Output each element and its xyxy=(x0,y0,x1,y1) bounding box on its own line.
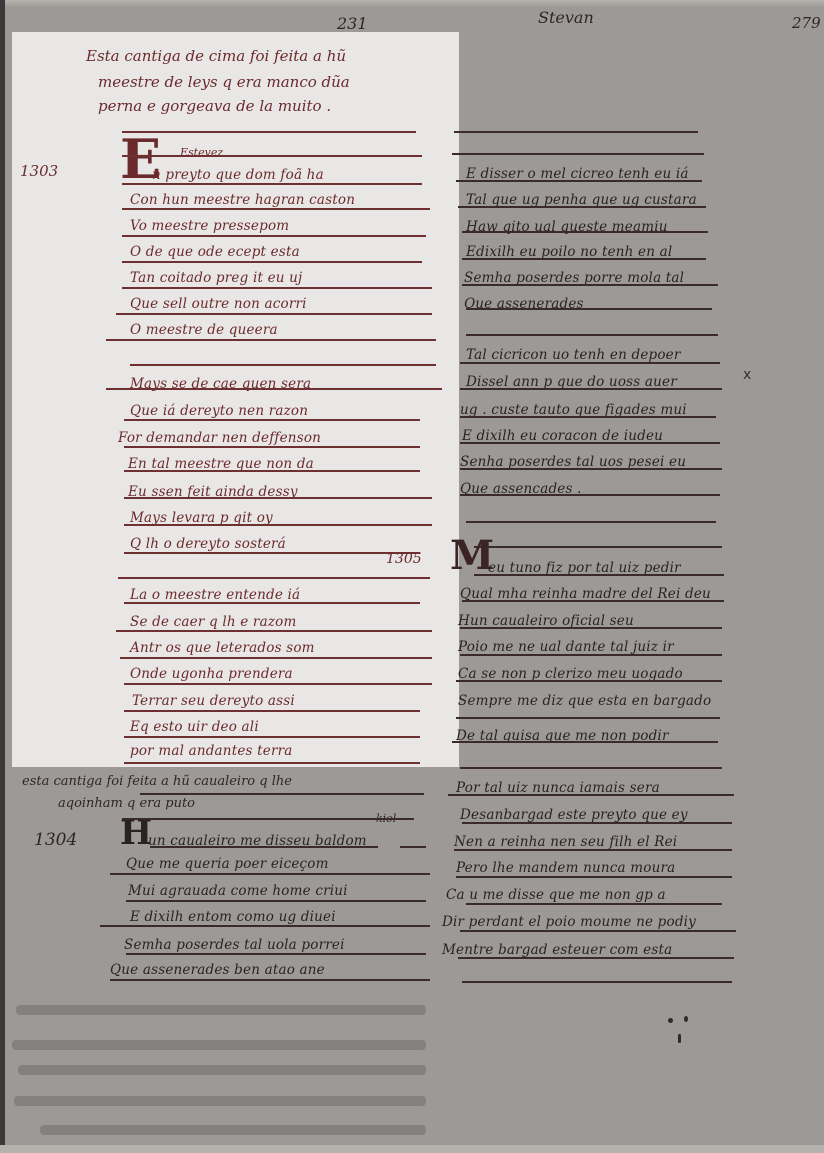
ruled-line xyxy=(462,258,706,260)
ruled-line xyxy=(122,287,432,289)
ruled-line xyxy=(122,235,426,237)
ruled-line xyxy=(458,206,706,208)
faded-text xyxy=(16,1005,426,1015)
ruled-line xyxy=(462,284,718,286)
ruled-line xyxy=(124,446,420,448)
ruled-line xyxy=(124,419,420,421)
ruled-line xyxy=(140,793,424,795)
ruled-line xyxy=(122,818,414,820)
ruled-line xyxy=(462,600,724,602)
ruled-line xyxy=(124,683,432,685)
ink-speck xyxy=(668,1018,673,1023)
ruled-line xyxy=(466,521,716,523)
ruled-line xyxy=(124,524,432,526)
page-left-edge xyxy=(0,0,5,1153)
verse-line: Que me queria poer eiceçom xyxy=(126,856,329,872)
ruled-line xyxy=(118,577,430,579)
ruled-line xyxy=(466,308,712,310)
ruled-line xyxy=(106,339,436,341)
rubric-line: Esta cantiga de cima foi feita a hũ xyxy=(86,47,346,65)
faded-text xyxy=(14,1096,426,1106)
manuscript-page: 231 Stevan 279 Esta cantiga de cima foi … xyxy=(0,0,824,1153)
ruled-line xyxy=(462,981,732,983)
ruled-line xyxy=(462,231,708,233)
ruled-line xyxy=(122,155,422,157)
verse-line: Pero lhe mandem nunca moura xyxy=(456,860,675,876)
year-marker: 1304 xyxy=(34,830,77,850)
ruled-line xyxy=(110,979,430,981)
verse-line: Semha poserdes tal uola porrei xyxy=(124,937,345,953)
ruled-line xyxy=(460,416,716,418)
ruled-line xyxy=(124,470,420,472)
verse-line: Onde ugonha prendera xyxy=(130,666,293,682)
rubric-line: meestre de leys q era manco dũa xyxy=(98,73,350,91)
ruled-line xyxy=(456,876,732,878)
ruled-line xyxy=(460,767,722,769)
verse-line: por mal andantes terra xyxy=(130,743,293,759)
ruled-line xyxy=(460,930,736,932)
verse-line: Poio me ne ual dante tal juiz ir xyxy=(458,639,674,655)
verse-line: La o meestre entende iá xyxy=(130,587,300,603)
folio-number: 231 xyxy=(337,14,368,33)
verse-line: Tal cicricon uo tenh en depoer xyxy=(466,347,681,363)
verse-line: E dixilh entom como ug diuei xyxy=(130,909,336,925)
ruled-line xyxy=(452,741,718,743)
ruled-line xyxy=(474,546,722,548)
ruled-line xyxy=(110,873,430,875)
ruled-line xyxy=(124,552,420,554)
rubric-line: perna e gorgeava de la muito . xyxy=(98,97,331,115)
page-number: 279 xyxy=(792,14,821,32)
ink-speck xyxy=(684,1016,688,1022)
ruled-line xyxy=(460,654,722,656)
ruled-line xyxy=(122,208,430,210)
ruled-line xyxy=(130,364,436,366)
ruled-line xyxy=(456,180,702,182)
verse-line: Nen a reinha nen seu filh el Rei xyxy=(454,834,677,850)
verse-line: Se de caer q lh e razom xyxy=(130,614,296,630)
faded-text xyxy=(18,1065,426,1075)
ruled-line xyxy=(124,497,432,499)
verse-line: Con hun meestre hagran caston xyxy=(130,192,355,208)
ruled-line xyxy=(124,736,420,738)
verse-line: Dir perdant el poio moume ne podiy xyxy=(442,914,696,930)
ruled-line xyxy=(448,794,734,796)
rubric-line: esta cantiga foi feita a hũ caualeiro q … xyxy=(22,774,292,789)
ruled-line xyxy=(462,822,732,824)
verse-line: Antr os que leterados som xyxy=(130,640,315,656)
ruled-line xyxy=(460,494,720,496)
ruled-line xyxy=(460,627,722,629)
ruled-line xyxy=(400,846,426,848)
verse-line: Que assenerades ben atao ane xyxy=(110,962,325,978)
author-note: Estevez xyxy=(180,146,223,159)
faded-text xyxy=(40,1125,426,1135)
verse-line: O meestre de queera xyxy=(130,322,278,338)
verse-line: Que iá dereyto nen razon xyxy=(130,403,308,419)
verse-line: Tan coitado preg it eu uj xyxy=(130,270,302,286)
ruled-line xyxy=(122,261,422,263)
ruled-line xyxy=(466,903,722,905)
ruled-line xyxy=(116,630,432,632)
ruled-line xyxy=(124,762,420,764)
ruled-line xyxy=(106,388,442,390)
ruled-line xyxy=(120,657,432,659)
ruled-line xyxy=(454,849,732,851)
ink-speck xyxy=(678,1034,681,1043)
verse-line: Ca u me disse que me non gp a xyxy=(446,887,666,903)
ruled-line xyxy=(466,334,718,336)
ruled-line xyxy=(460,388,722,390)
ruled-line xyxy=(126,953,426,955)
ruled-line xyxy=(116,313,432,315)
ruled-line xyxy=(452,153,704,155)
ruled-line xyxy=(460,442,720,444)
verse-line: Terrar seu dereyto assi xyxy=(132,693,295,709)
verse-line: n preyto que dom foã ha xyxy=(152,167,324,183)
page-bottom-edge xyxy=(0,1145,824,1153)
ruled-line xyxy=(456,680,722,682)
verse-line: For demandar nen deffenson xyxy=(118,430,321,446)
ruled-line xyxy=(122,183,422,185)
ruled-line xyxy=(100,925,430,927)
verse-line: Mui agrauada come home criui xyxy=(128,883,348,899)
ruled-line xyxy=(454,131,698,133)
ruled-line xyxy=(150,846,378,848)
page-top-edge xyxy=(0,0,824,8)
verse-line: Vo meestre pressepom xyxy=(130,218,289,234)
ruled-line xyxy=(126,900,426,902)
verse-line: O de que ode ecept esta xyxy=(130,244,300,260)
ruled-line xyxy=(460,362,720,364)
ruled-line xyxy=(456,717,720,719)
ruled-line xyxy=(122,131,416,133)
verse-line: Desanbargad este preyto que ey xyxy=(460,807,688,823)
ruled-line xyxy=(124,710,420,712)
ruled-line xyxy=(474,574,724,576)
ruled-line xyxy=(124,602,420,604)
year-marker: 1305 xyxy=(386,551,422,567)
verse-line: Q lh o dereyto sosterá xyxy=(130,536,286,552)
verse-line: Eq esto uir deo ali xyxy=(130,719,259,735)
faded-text xyxy=(12,1040,426,1050)
year-marker: 1303 xyxy=(20,162,58,180)
ruled-line xyxy=(458,957,734,959)
ruled-line xyxy=(460,468,722,470)
verse-line: Mentre bargad esteuer com esta xyxy=(442,942,672,958)
rubric-line: aqoinham q era puto xyxy=(58,796,195,811)
verse-line: Sempre me diz que esta en bargado xyxy=(458,693,711,709)
verse-line: Que sell outre non acorri xyxy=(130,296,307,312)
margin-mark: x xyxy=(743,367,751,383)
running-title: Stevan xyxy=(538,8,594,27)
